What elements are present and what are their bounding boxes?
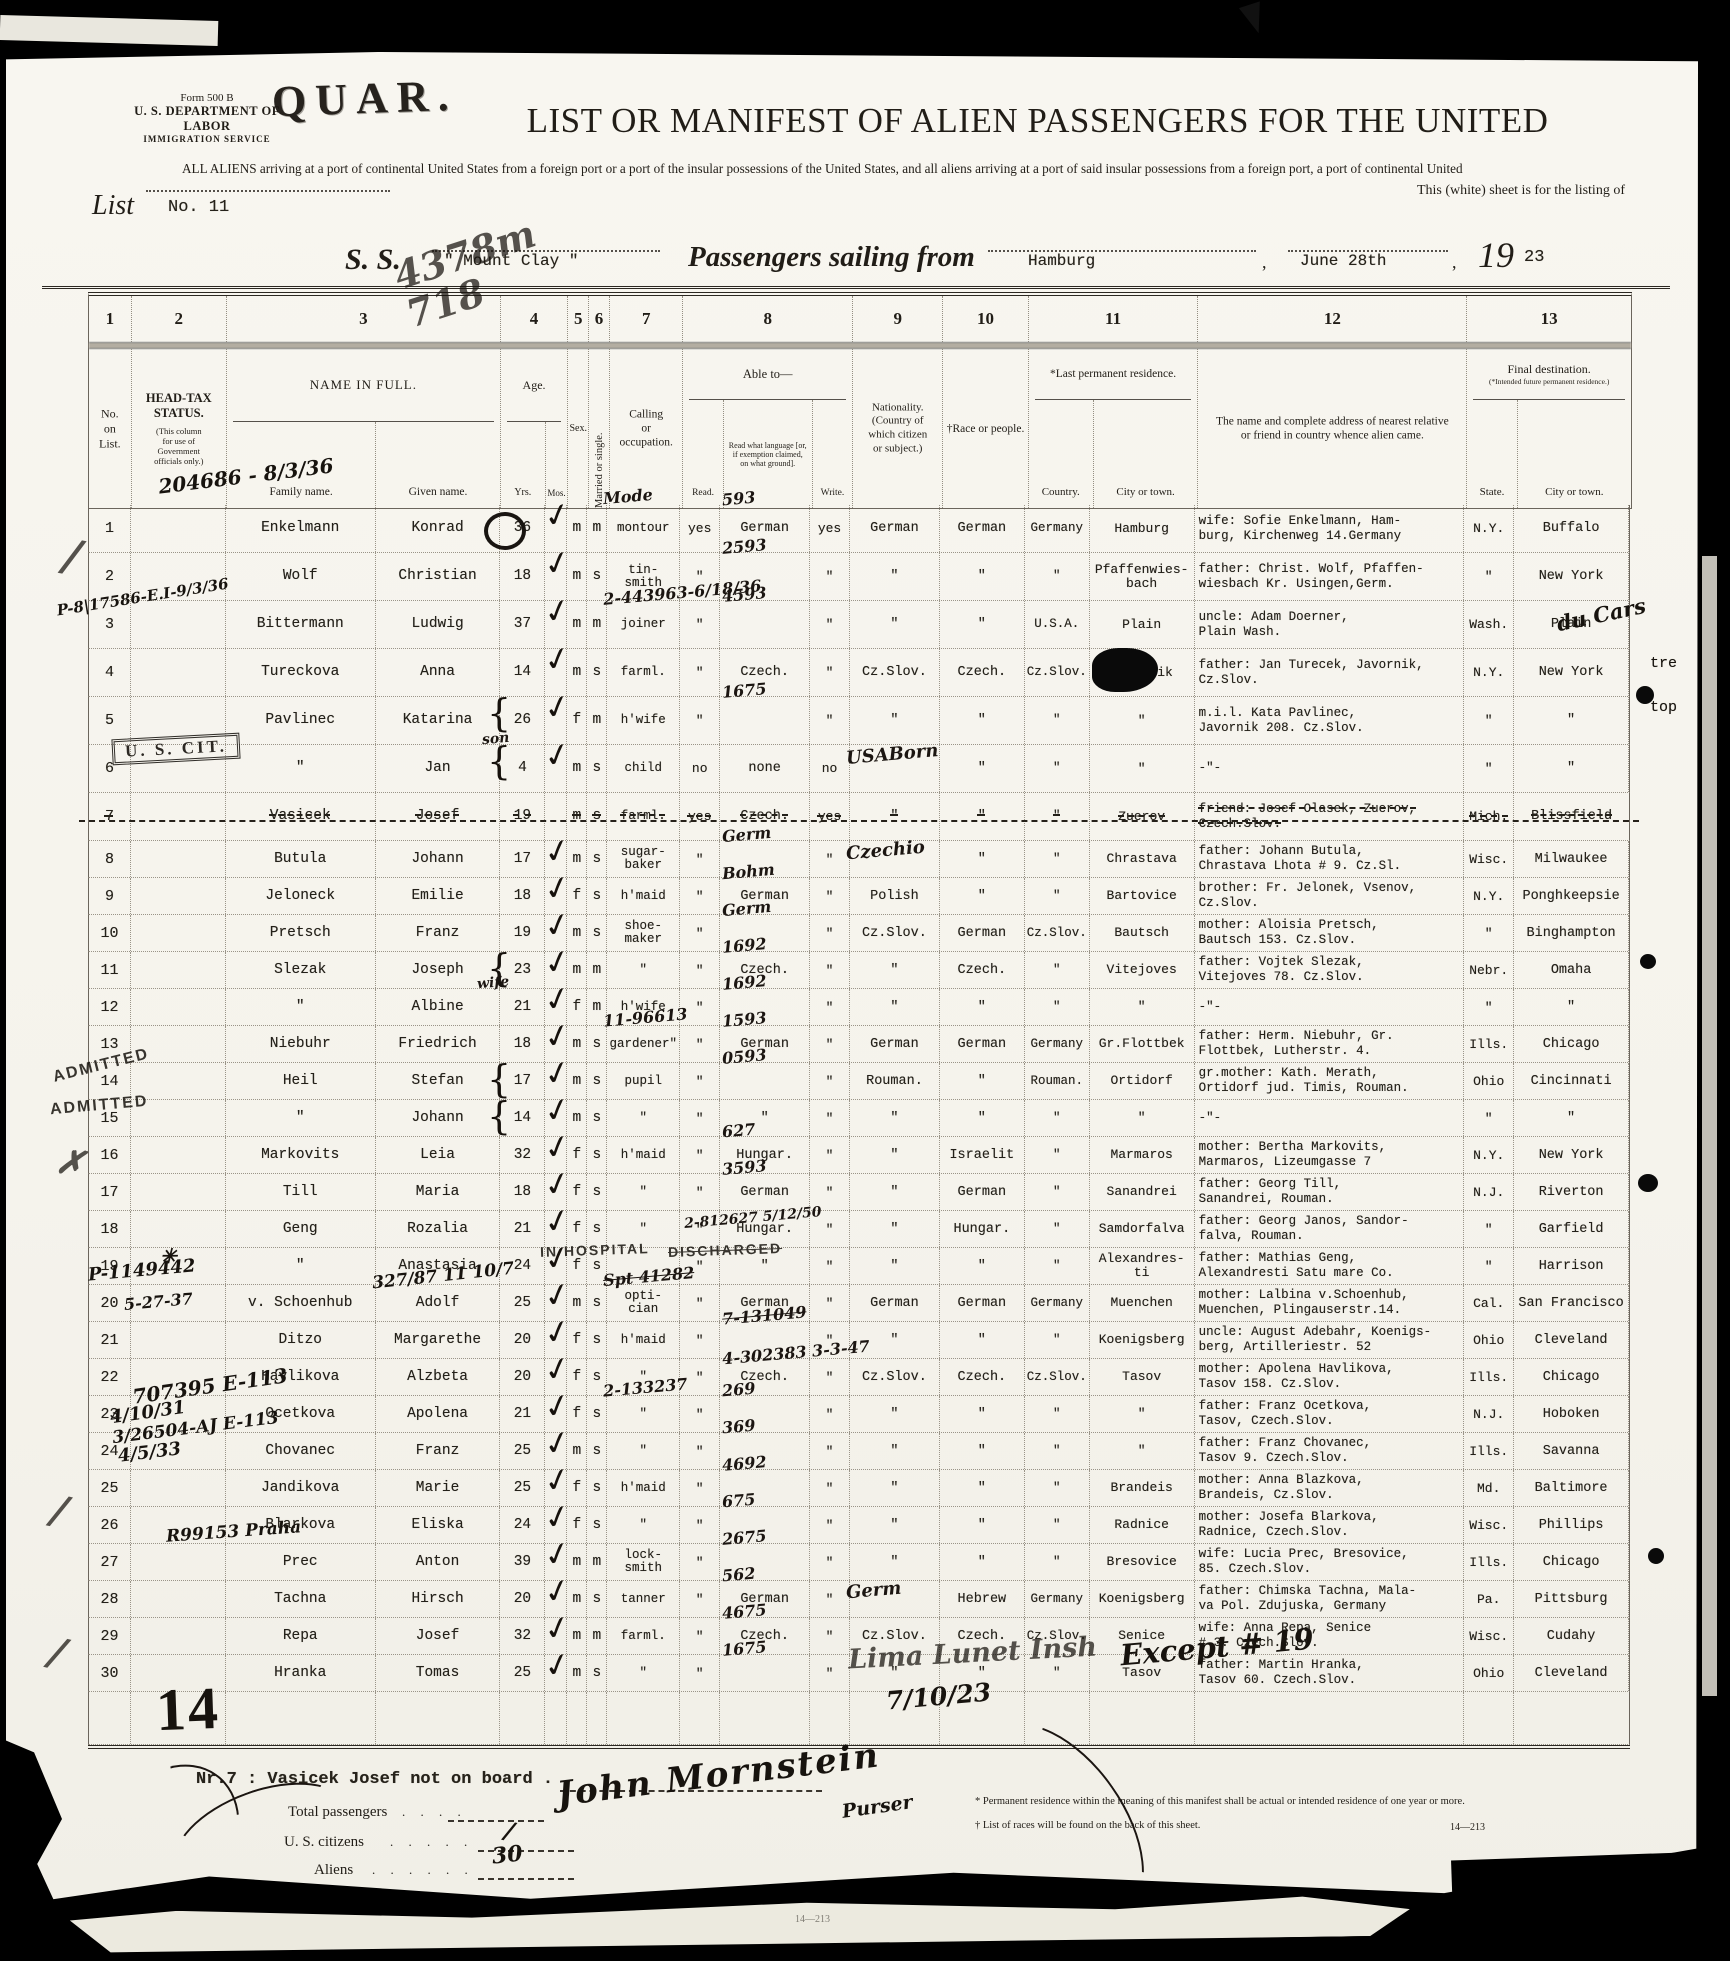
- cell-giv: Konrad: [376, 505, 501, 552]
- header-able-to: Able to—: [689, 349, 846, 400]
- cell-no: 1: [89, 505, 131, 552]
- cell-read: ": [680, 915, 720, 951]
- cell-fam: ": [226, 1248, 376, 1284]
- cell-htax: [131, 1544, 226, 1580]
- cell-city: Gr.Flottbek: [1090, 1026, 1195, 1062]
- cell-write: ": [810, 952, 850, 988]
- header-race: †Race or people.: [943, 421, 1027, 435]
- cell-fam: Prec: [226, 1544, 376, 1580]
- cell-race: ": [940, 1544, 1025, 1580]
- cell-lang: none: [720, 745, 810, 792]
- cell-giv: Stefan: [376, 1063, 501, 1099]
- cell-st: Ills.: [1464, 1433, 1514, 1469]
- sheet-number-stamp: 14: [155, 1677, 221, 1742]
- cell-write: ": [810, 1137, 850, 1173]
- header-thick-rule: [89, 342, 1631, 349]
- cell-race: ": [940, 553, 1025, 600]
- cell-occ: ": [607, 1507, 680, 1543]
- cell-occ: ": [607, 1174, 680, 1210]
- cell-st: Ills.: [1464, 1026, 1514, 1062]
- col-num-13: 13: [1467, 296, 1631, 342]
- header-nationality: Nationality. (Country of which citizen o…: [853, 401, 942, 456]
- cell-cty: ": [1025, 1433, 1090, 1469]
- cell-lang: 0593: [720, 1063, 810, 1099]
- handwritten-note: 4593: [722, 585, 768, 604]
- cell-fam: Repa: [226, 1618, 376, 1654]
- cell-dst: ": [1514, 745, 1629, 792]
- cell-mar: s: [587, 1581, 607, 1617]
- cell-occ: ": [607, 952, 680, 988]
- cell-city: Koenigsberg: [1090, 1322, 1195, 1358]
- cell-city: Plain: [1090, 601, 1195, 648]
- handwritten-note: 593: [722, 490, 757, 508]
- cell-nat: ": [850, 1211, 940, 1247]
- cell-dst: Cincinnati: [1514, 1063, 1629, 1099]
- manifest-row-2: 2WolfChristian18mstin-smith"2593""""Pfaf…: [88, 553, 1630, 601]
- cell-giv: Franz: [376, 915, 501, 951]
- cell-nat: ": [850, 952, 940, 988]
- cell-mar: s: [587, 1285, 607, 1321]
- cell-dst: Savanna: [1514, 1433, 1629, 1469]
- manifest-row-18: 18GengRozalia21fs""Hungar.""Hungar."Samd…: [88, 1211, 1630, 1248]
- cell-htax: [131, 1137, 226, 1173]
- cell-giv: Tomas: [376, 1655, 501, 1691]
- cell-no: 11: [89, 952, 131, 988]
- handwritten-note: Germ: [722, 899, 772, 918]
- cell-fam: Tachna: [226, 1581, 376, 1617]
- form-number-faint: 14—213: [795, 1914, 830, 1925]
- purser-signature: John Mornstein: [555, 1738, 882, 1813]
- cell-htax: [131, 1618, 226, 1654]
- cell-cty: Cz.Slov.: [1025, 649, 1090, 696]
- header-state: State.: [1467, 400, 1517, 508]
- handwritten-note: wife: [477, 975, 510, 993]
- cell-cty: Cz.Slov.: [1025, 915, 1090, 951]
- cell-htax: [131, 915, 226, 951]
- cell-st: Pa.: [1464, 1581, 1514, 1617]
- cell-giv: Josef: [376, 1618, 501, 1654]
- manifest-row-5: 5PavlinecKatarina26fmh'wife"1675"""""m.i…: [88, 697, 1630, 745]
- column-numbers: 1 2 3 4 5 6 7 8 9 10 11 12 13: [89, 296, 1631, 342]
- cell-addr: friend: Josef Olasek, Zuerov,Czech.Slov.: [1195, 793, 1465, 840]
- cell-fam: Jeloneck: [226, 878, 376, 914]
- cell-race: Czech.: [940, 1359, 1025, 1395]
- cell-fam: Bittermann: [226, 601, 376, 648]
- cell-dst: Riverton: [1514, 1174, 1629, 1210]
- cell-st: ": [1464, 1248, 1514, 1284]
- cell-no: [89, 1692, 131, 1744]
- cell-mar: m: [587, 505, 607, 552]
- cell-st: Wisc.: [1464, 1507, 1514, 1543]
- cell-st: Cal.: [1464, 1285, 1514, 1321]
- cell-race: Hebrew: [940, 1581, 1025, 1617]
- cell-write: ": [810, 553, 850, 600]
- cell-occ: h'maid: [607, 1137, 680, 1173]
- cell-nat: ": [850, 1507, 940, 1543]
- cell-dst: Ponghkeepsie: [1514, 878, 1629, 914]
- cell-st: [1464, 1692, 1514, 1744]
- cell-mar: s: [587, 1507, 607, 1543]
- cell-race: ": [940, 697, 1025, 744]
- cell-nat: ": [850, 989, 940, 1025]
- manifest-row-14: 14HeilStefan17mspupil"0593"Rouman."Rouma…: [88, 1063, 1630, 1100]
- cell-mar: s: [587, 915, 607, 951]
- cell-no: 28: [89, 1581, 131, 1617]
- cell-read: ": [680, 1433, 720, 1469]
- cell-read: ": [680, 1470, 720, 1506]
- cell-write: ": [810, 1470, 850, 1506]
- cell-addr: uncle: Adam Doerner,Plain Wash.: [1195, 601, 1465, 648]
- cell-nat: Cz.Slov.: [850, 915, 940, 951]
- cell-cty: ": [1025, 1507, 1090, 1543]
- edge-note-tre: tre: [1650, 656, 1677, 672]
- cell-occ: pupil: [607, 1063, 680, 1099]
- manifest-row-10: 10PretschFranz19msshoe-maker"Germ"Cz.Slo…: [88, 915, 1630, 952]
- cell-occ: ": [607, 1433, 680, 1469]
- cell-race: ": [940, 841, 1025, 877]
- cell-dst: Milwaukee: [1514, 841, 1629, 877]
- cell-addr: [1195, 1692, 1465, 1744]
- margin-slash-2: ✗: [54, 1144, 87, 1183]
- cell-cty: ": [1025, 745, 1090, 792]
- cell-city: Tasov: [1090, 1359, 1195, 1395]
- ink-dot-1: [1636, 686, 1654, 704]
- cell-no: 8: [89, 841, 131, 877]
- cell-yrs: 20: [500, 1322, 545, 1358]
- cell-yrs: 25: [500, 1470, 545, 1506]
- cell-nat: ": [850, 601, 940, 648]
- cell-giv: Johann: [376, 1100, 501, 1136]
- cell-read: ": [680, 1137, 720, 1173]
- cell-write: ": [810, 1285, 850, 1321]
- cell-dst: Binghampton: [1514, 915, 1629, 951]
- cell-yrs: 25: [500, 1285, 545, 1321]
- cell-cty: Rouman.: [1025, 1063, 1090, 1099]
- cell-cty: ": [1025, 1211, 1090, 1247]
- cell-race: Hungar.: [940, 1211, 1025, 1247]
- cell-race: German: [940, 505, 1025, 552]
- cell-yrs: 24: [500, 1507, 545, 1543]
- handwritten-note: 2593: [722, 537, 768, 556]
- cell-race: German: [940, 1285, 1025, 1321]
- header-married: Married or single.: [594, 349, 605, 508]
- cell-yrs: 21: [500, 1211, 545, 1247]
- cell-yrs: 37: [500, 601, 545, 648]
- handwritten-note: 269: [722, 1381, 757, 1399]
- group-brace: {: [487, 691, 511, 735]
- cell-fam: Enkelmann: [226, 505, 376, 552]
- header-age: Age.: [507, 349, 561, 422]
- cell-occ: child: [607, 745, 680, 792]
- cell-read: ": [680, 1507, 720, 1543]
- cell-nat: ": [850, 697, 940, 744]
- ink-dot-4: [1648, 1548, 1664, 1564]
- cell-dst: San Francisco: [1514, 1285, 1629, 1321]
- cell-htax: [131, 989, 226, 1025]
- cell-sex: m: [567, 793, 587, 840]
- manifest-row-3: 3BittermannLudwig37mmjoiner2-443963-6/18…: [88, 601, 1630, 649]
- purser-title: Purser: [841, 1793, 914, 1823]
- quar-stamp: QUAR.: [271, 73, 458, 126]
- cell-st: Ohio: [1464, 1655, 1514, 1691]
- cell-mar: s: [587, 1470, 607, 1506]
- cell-giv: Albinewife: [376, 989, 501, 1025]
- cell-addr: father: Herm. Niebuhr, Gr.Flottbek, Luth…: [1195, 1026, 1465, 1062]
- cell-read: ": [680, 1396, 720, 1432]
- handwritten-note: Germ: [845, 1581, 901, 1601]
- cell-city: Bautsch: [1090, 915, 1195, 951]
- col-num-5: 5: [568, 296, 589, 342]
- cell-read: [680, 1692, 720, 1744]
- cell-giv: Maria: [376, 1174, 501, 1210]
- group-brace: {: [487, 1094, 511, 1138]
- cell-st: ": [1464, 553, 1514, 600]
- cell-race: German: [940, 1026, 1025, 1062]
- header-headtax-note: (This column for use of Government offic…: [132, 426, 226, 467]
- cell-no: 17: [89, 1174, 131, 1210]
- cell-write: yes: [810, 505, 850, 552]
- cell-nat: ": [850, 1433, 940, 1469]
- cell-no: 4: [89, 649, 131, 696]
- header-last-residence: *Last permanent residence.: [1035, 349, 1192, 400]
- cell-cty: Germany: [1025, 1026, 1090, 1062]
- cell-city: Bresovice: [1090, 1544, 1195, 1580]
- col-num-1: 1: [89, 296, 132, 342]
- cell-read: ": [680, 1174, 720, 1210]
- handwritten-note: Mode: [603, 488, 654, 505]
- cell-city: Radnice: [1090, 1507, 1195, 1543]
- cell-race: ": [940, 1063, 1025, 1099]
- cell-dst: Buffalo: [1514, 505, 1629, 552]
- cell-mar: s: [587, 1433, 607, 1469]
- cell-addr: uncle: August Adebahr, Koenigs-berg, Art…: [1195, 1322, 1465, 1358]
- cell-no: 26: [89, 1507, 131, 1543]
- cell-occ: h'maid: [607, 1322, 680, 1358]
- header-sex: Sex.: [568, 422, 588, 435]
- cell-nat: Rouman.: [850, 1063, 940, 1099]
- cell-cty: ": [1025, 1100, 1090, 1136]
- cell-city: ": [1090, 1433, 1195, 1469]
- cell-dst: Garfield: [1514, 1211, 1629, 1247]
- cell-race: Israelit: [940, 1137, 1025, 1173]
- cell-mar: s: [587, 1100, 607, 1136]
- handwritten-note: Germ: [722, 825, 772, 844]
- cell-city: Ortidorf: [1090, 1063, 1195, 1099]
- cell-race: German: [940, 1174, 1025, 1210]
- cell-nat: ": [850, 1396, 940, 1432]
- cell-fam: Till: [226, 1174, 376, 1210]
- cell-occ: joiner2-443963-6/18/36: [607, 601, 680, 648]
- cell-occ: farml.: [607, 649, 680, 696]
- edge-note-top: top: [1650, 700, 1677, 716]
- cell-occ: h'wife: [607, 697, 680, 744]
- cell-addr: -"-: [1195, 745, 1465, 792]
- cell-addr: -"-: [1195, 1100, 1465, 1136]
- cell-giv: Marie: [376, 1470, 501, 1506]
- cell-write: ": [810, 1507, 850, 1543]
- cell-no: 27: [89, 1544, 131, 1580]
- cell-cty: ": [1025, 1544, 1090, 1580]
- cell-dst: Cudahy: [1514, 1618, 1629, 1654]
- cell-city: Chrastava: [1090, 841, 1195, 877]
- cell-st: N.Y.: [1464, 878, 1514, 914]
- cell-occ: h'maid: [607, 878, 680, 914]
- cell-write: ": [810, 601, 850, 648]
- cell-race: ": [940, 1433, 1025, 1469]
- cell-occ: farml.: [607, 1618, 680, 1654]
- cell-city: ": [1090, 1100, 1195, 1136]
- cell-yrs: 18: [500, 1174, 545, 1210]
- cell-dst: New York: [1514, 1137, 1629, 1173]
- handwritten-note: 0593: [722, 1047, 768, 1066]
- cell-mar: m: [587, 952, 607, 988]
- cell-fam: ": [226, 1100, 376, 1136]
- cell-nat: ": [850, 1137, 940, 1173]
- cell-st: Md.: [1464, 1470, 1514, 1506]
- margin-slash-4: ∕: [45, 1631, 69, 1675]
- manifest-row-22: 22HavlikovaAlzbeta20fs""Czech.4-302383 3…: [88, 1359, 1630, 1396]
- cell-read: ": [680, 601, 720, 648]
- scan-left-black: [0, 1738, 62, 1918]
- cell-nat: Czechio: [850, 841, 940, 877]
- cell-city: Zuerov: [1090, 793, 1195, 840]
- cell-dst: Baltimore: [1514, 1470, 1629, 1506]
- cell-nat: German: [850, 1285, 940, 1321]
- cell-nat: ": [850, 1248, 940, 1284]
- cell-lang: [720, 1692, 810, 1744]
- cell-lang: 4593: [720, 601, 810, 648]
- handwritten-note: 4692: [722, 1454, 768, 1473]
- cell-fam: ": [226, 989, 376, 1025]
- header-calling: Calling or occupation.: [610, 407, 682, 450]
- handwritten-note: 1675: [722, 681, 768, 700]
- header-relative-address: The name and complete address of nearest…: [1198, 414, 1466, 443]
- cell-st: N.J.: [1464, 1174, 1514, 1210]
- manifest-row-23: 23OcetkovaApolena21fs"2-133237"269"""""f…: [88, 1396, 1630, 1433]
- manifest-row-7: 7VasicekJosef19msfarml.yesCzech.yes"""Zu…: [88, 793, 1630, 841]
- cell-yrs: 17: [500, 841, 545, 877]
- manifest-row-6: 6"Janson4mschildnononenoUSABorn"""-"-""✓…: [88, 745, 1630, 793]
- cell-write: ": [810, 1581, 850, 1617]
- header-given-name: Given name.: [376, 422, 500, 508]
- cell-addr: father: Johann Butula,Chrastava Lhota # …: [1195, 841, 1465, 877]
- cell-fam: Chovanec: [226, 1433, 376, 1469]
- aliens-value: 30: [491, 1842, 524, 1868]
- cell-st: N.Y.: [1464, 505, 1514, 552]
- cell-st: ": [1464, 1100, 1514, 1136]
- cell-city: Brandeis: [1090, 1470, 1195, 1506]
- service-label: IMMIGRATION SERVICE: [112, 134, 302, 144]
- scan-corner-black: [1451, 1851, 1713, 1920]
- cell-htax: [131, 1470, 226, 1506]
- cell-htax: [131, 649, 226, 696]
- cell-mar: [587, 1692, 607, 1744]
- header-country: Country.: [1029, 400, 1094, 508]
- ink-dot-3: [1638, 1174, 1658, 1192]
- cell-write: ": [810, 1359, 850, 1395]
- cell-race: ": [940, 1396, 1025, 1432]
- cell-no: 7: [89, 793, 131, 840]
- header-city-town: City or town.: [1094, 400, 1198, 508]
- cell-cty: ": [1025, 793, 1090, 840]
- header-name-in-full: NAME IN FULL.: [233, 349, 494, 422]
- cell-write: ": [810, 1026, 850, 1062]
- cell-yrs: 25: [500, 1655, 545, 1691]
- cell-occ: "2-133237: [607, 1396, 680, 1432]
- cell-cty: ": [1025, 1470, 1090, 1506]
- cell-addr: father: Georg Till,Sanandrei, Rouman.: [1195, 1174, 1465, 1210]
- cell-no: 22: [89, 1359, 131, 1395]
- cell-occ: ": [607, 1655, 680, 1691]
- cell-sex: [567, 1692, 587, 1744]
- cell-yrs: 20: [500, 1581, 545, 1617]
- cell-race: ": [940, 989, 1025, 1025]
- header-write: Write.: [813, 400, 852, 508]
- cell-lang: 1675: [720, 697, 810, 744]
- cell-dst: ": [1514, 697, 1629, 744]
- manifest-row-25: 25JandikovaMarie25fsh'maid"4692""""Brand…: [88, 1470, 1630, 1507]
- cell-cty: Germany: [1025, 1581, 1090, 1617]
- cell-nat: ": [850, 1544, 940, 1580]
- manifest-row-17: 17TillMaria18fs""German35932-812627 5/12…: [88, 1174, 1630, 1211]
- cell-race: ": [940, 1322, 1025, 1358]
- cell-dst: New York: [1514, 649, 1629, 696]
- cell-addr: mother: Anna Blazkova,Brandeis, Cz.Slov.: [1195, 1470, 1465, 1506]
- cell-cty: ": [1025, 697, 1090, 744]
- cell-nat: USABorn: [850, 745, 940, 792]
- cell-mar: s: [587, 745, 607, 792]
- cell-htax: [131, 505, 226, 552]
- handwritten-note: 4675: [722, 1602, 768, 1621]
- cell-lang: German35932-812627 5/12/50: [720, 1174, 810, 1210]
- handwritten-note: 369: [722, 1418, 757, 1436]
- manifest-row-4: 4TureckovaAnna14msfarml."Czech."Cz.Slov.…: [88, 649, 1630, 697]
- cell-no: 5: [89, 697, 131, 744]
- total-passengers-dots: . . . .: [402, 1804, 467, 1820]
- cell-write: ": [810, 1544, 850, 1580]
- header-final-destination: Final destination.: [1507, 362, 1590, 377]
- cell-addr: -"-: [1195, 989, 1465, 1025]
- cell-fam: Jandikova: [226, 1470, 376, 1506]
- cell-dst: Omaha: [1514, 952, 1629, 988]
- cell-htax: [131, 1174, 226, 1210]
- cell-write: no: [810, 745, 850, 792]
- manifest-row-11: 11SlezakJoseph23mm""Czech.1692""Czech."V…: [88, 952, 1630, 989]
- cell-fam: Markovits: [226, 1137, 376, 1173]
- handwritten-note: Bohm: [722, 862, 776, 882]
- cell-giv: Margarethe: [376, 1322, 501, 1358]
- cell-no: 21: [89, 1322, 131, 1358]
- cell-st: N.Y.: [1464, 649, 1514, 696]
- cell-cty: ": [1025, 1137, 1090, 1173]
- cell-occ: farml.: [607, 793, 680, 840]
- cell-yrs: 18: [500, 553, 545, 600]
- cell-addr: mother: Bertha Markovits,Marmaros, Lizeu…: [1195, 1137, 1465, 1173]
- cell-addr: mother: Apolena Havlikova,Tasov 158. Cz.…: [1195, 1359, 1465, 1395]
- cell-giv: Friedrich: [376, 1026, 501, 1062]
- cell-addr: father: Franz Ocetkova,Tasov, Czech.Slov…: [1195, 1396, 1465, 1432]
- cell-dst: Hoboken: [1514, 1396, 1629, 1432]
- cell-occ: tanner: [607, 1581, 680, 1617]
- cell-occ: gardener"11-96613: [607, 1026, 680, 1062]
- cell-yrs: [500, 1692, 545, 1744]
- cell-st: Wash.: [1464, 601, 1514, 648]
- cell-st: ": [1464, 989, 1514, 1025]
- header-rule: [42, 286, 1670, 289]
- cell-write: ": [810, 697, 850, 744]
- cell-addr: wife: Lucia Prec, Bresovice,85. Czech.Sl…: [1195, 1544, 1465, 1580]
- cell-read: ": [680, 1100, 720, 1136]
